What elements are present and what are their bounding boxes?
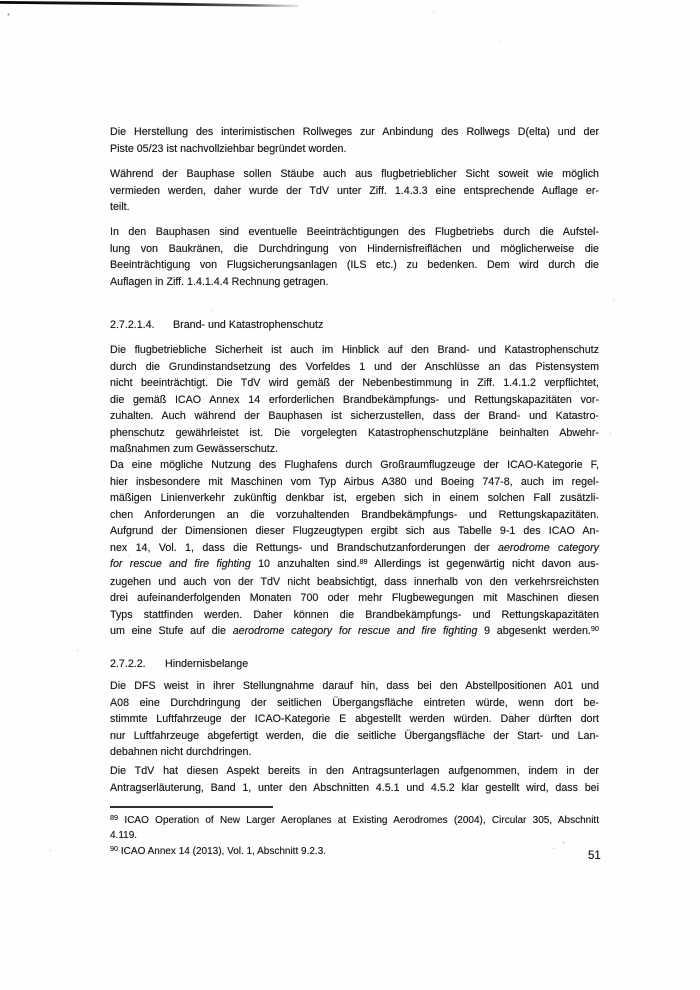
paragraph-bauphase-staeube: Während der Bauphase sollen Stäube auch …	[110, 166, 599, 216]
footnote-text: ICAO Annex 14 (2013), Vol. 1, Abschnitt …	[121, 846, 326, 857]
section-heading-brand-katastrophenschutz: 2.7.2.1.4.Brand- und Katastrophenschutz	[110, 317, 599, 334]
text-segment: um eine Stufe auf die	[110, 625, 233, 637]
section-title: Hindernisbelange	[165, 658, 248, 670]
italic-text-segment: aerodrome category for rescue and fire f…	[233, 625, 478, 637]
text-line: Die Herstellung des interimistischen Rol…	[110, 124, 599, 141]
text-line: Typs stattfinden werden. Daher können di…	[110, 607, 599, 624]
text-line: Während der Bauphase sollen Stäube auch …	[110, 166, 599, 183]
footnote-divider	[110, 806, 273, 808]
text-line: teilt.	[110, 199, 599, 216]
text-line: nur Luftfahrzeuge abgefertigt werden, di…	[110, 728, 599, 745]
text-line: 4.119.	[110, 828, 599, 843]
section-title: Brand- und Katastrophenschutz	[173, 319, 323, 331]
footnote-reference-90: 90	[591, 624, 599, 633]
text-line: um eine Stufe auf die aerodrome category…	[110, 623, 599, 641]
footnote-89: 89 ICAO Operation of New Larger Aeroplan…	[110, 813, 599, 843]
paragraph-interim-rollweg: Die Herstellung des interimistischen Rol…	[110, 124, 599, 157]
text-line: zuhalten. Auch während der Bauphasen ist…	[110, 408, 599, 425]
text-line: vermieden werden, daher wurde der TdV un…	[110, 183, 599, 200]
page-number: 51	[588, 850, 601, 862]
paragraph-flugbetriebliche-sicherheit: Die flugbetriebliche Sicherheit ist auch…	[110, 342, 599, 458]
text-line: stimmte Luftfahrzeuge der ICAO-Kategorie…	[110, 711, 599, 728]
text-segment: nex 14, Vol. 1, dass die Rettungs- und B…	[110, 542, 498, 554]
text-line: Piste 05/23 ist nachvollziehbar begründe…	[110, 141, 599, 158]
text-line: nicht beeinträchtigt. Die TdV wird gemäß…	[110, 375, 599, 392]
text-line: Beeinträchtigung von Flugsicherungsanlag…	[110, 257, 599, 274]
text-line: Da eine mögliche Nutzung des Flughafens …	[110, 457, 599, 474]
text-line: for rescue and fire fighting 10 anzuhalt…	[110, 556, 599, 574]
text-line: Antragserläuterung, Band 1, unter den Ab…	[110, 780, 599, 797]
text-line: Die TdV hat diesen Aspekt bereits in den…	[110, 763, 599, 780]
paragraph-dfs-stellungnahme: Die DFS weist in ihrer Stellungnahme dar…	[110, 678, 599, 761]
text-line: Die DFS weist in ihrer Stellungnahme dar…	[110, 678, 599, 695]
italic-text-segment: aerodrome category	[498, 542, 599, 554]
footnote-marker: 89	[110, 813, 118, 822]
text-line: debahnen nicht durchdringen.	[110, 744, 599, 761]
text-line: drei aufeinanderfolgenden Monaten 700 od…	[110, 590, 599, 607]
text-line: In den Bauphasen sind eventuelle Beeintr…	[110, 224, 599, 241]
text-line: 89 ICAO Operation of New Larger Aeroplan…	[110, 813, 599, 828]
text-line: Auflagen in Ziff. 1.4.1.4.4 Rechnung get…	[110, 274, 599, 291]
paragraph-icao-kategorie-f: Da eine mögliche Nutzung des Flughafens …	[110, 457, 599, 641]
text-line: chen Anforderungen an die vorzuhaltenden…	[110, 507, 599, 524]
photocopy-edge-artifact	[0, 0, 700, 14]
italic-text-segment: for rescue and fire fighting	[110, 558, 251, 570]
footnote-90: 90 ICAO Annex 14 (2013), Vol. 1, Abschni…	[110, 844, 599, 859]
section-heading-hindernisbelange: 2.7.2.2.Hindernisbelange	[110, 656, 599, 673]
text-segment: 10 anzuhalten sind.	[251, 558, 360, 570]
paragraph-tdv-antragsunterlagen: Die TdV hat diesen Aspekt bereits in den…	[110, 763, 599, 796]
text-line: die gemäß ICAO Annex 14 erforderlichen B…	[110, 392, 599, 409]
scanned-document-page: Die Herstellung des interimistischen Rol…	[0, 0, 700, 990]
text-line: hier insbesondere mit Maschinen vom Typ …	[110, 474, 599, 491]
text-line: maßnahmen zum Gewässerschutz.	[110, 441, 599, 458]
text-line: phenschutz gewährleistet ist. Die vorgel…	[110, 425, 599, 442]
text-line: mäßigen Linienverkehr zukünftig denkbar …	[110, 490, 599, 507]
footnote-text: ICAO Operation of New Larger Aeroplanes …	[124, 815, 599, 826]
text-line: durch die Grundinstandsetzung des Vorfel…	[110, 359, 599, 376]
section-number: 2.7.2.2.	[110, 656, 165, 673]
text-line: A08 eine Durchdringung der seitlichen Üb…	[110, 695, 599, 712]
text-line: Die flugbetriebliche Sicherheit ist auch…	[110, 342, 599, 359]
footnote-marker: 90	[110, 844, 118, 853]
text-line: 90 ICAO Annex 14 (2013), Vol. 1, Abschni…	[110, 844, 599, 859]
text-line: Aufgrund der Dimensionen dieser Flugzeug…	[110, 523, 599, 540]
scan-noise	[0, 0, 1, 1]
text-line: lung von Baukränen, die Durchdringung vo…	[110, 241, 599, 258]
section-number: 2.7.2.1.4.	[110, 317, 173, 334]
text-segment: Allerdings ist gegenwärtig nicht davon a…	[368, 558, 599, 570]
footnote-reference-89: 89	[359, 557, 367, 566]
text-line: zugehen und auch von der TdV nicht beabs…	[110, 574, 599, 591]
text-segment: 9 abgesenkt werden.	[477, 625, 590, 637]
text-line: nex 14, Vol. 1, dass die Rettungs- und B…	[110, 540, 599, 557]
paragraph-bauphasen-beeintraechtigungen: In den Bauphasen sind eventuelle Beeintr…	[110, 224, 599, 290]
